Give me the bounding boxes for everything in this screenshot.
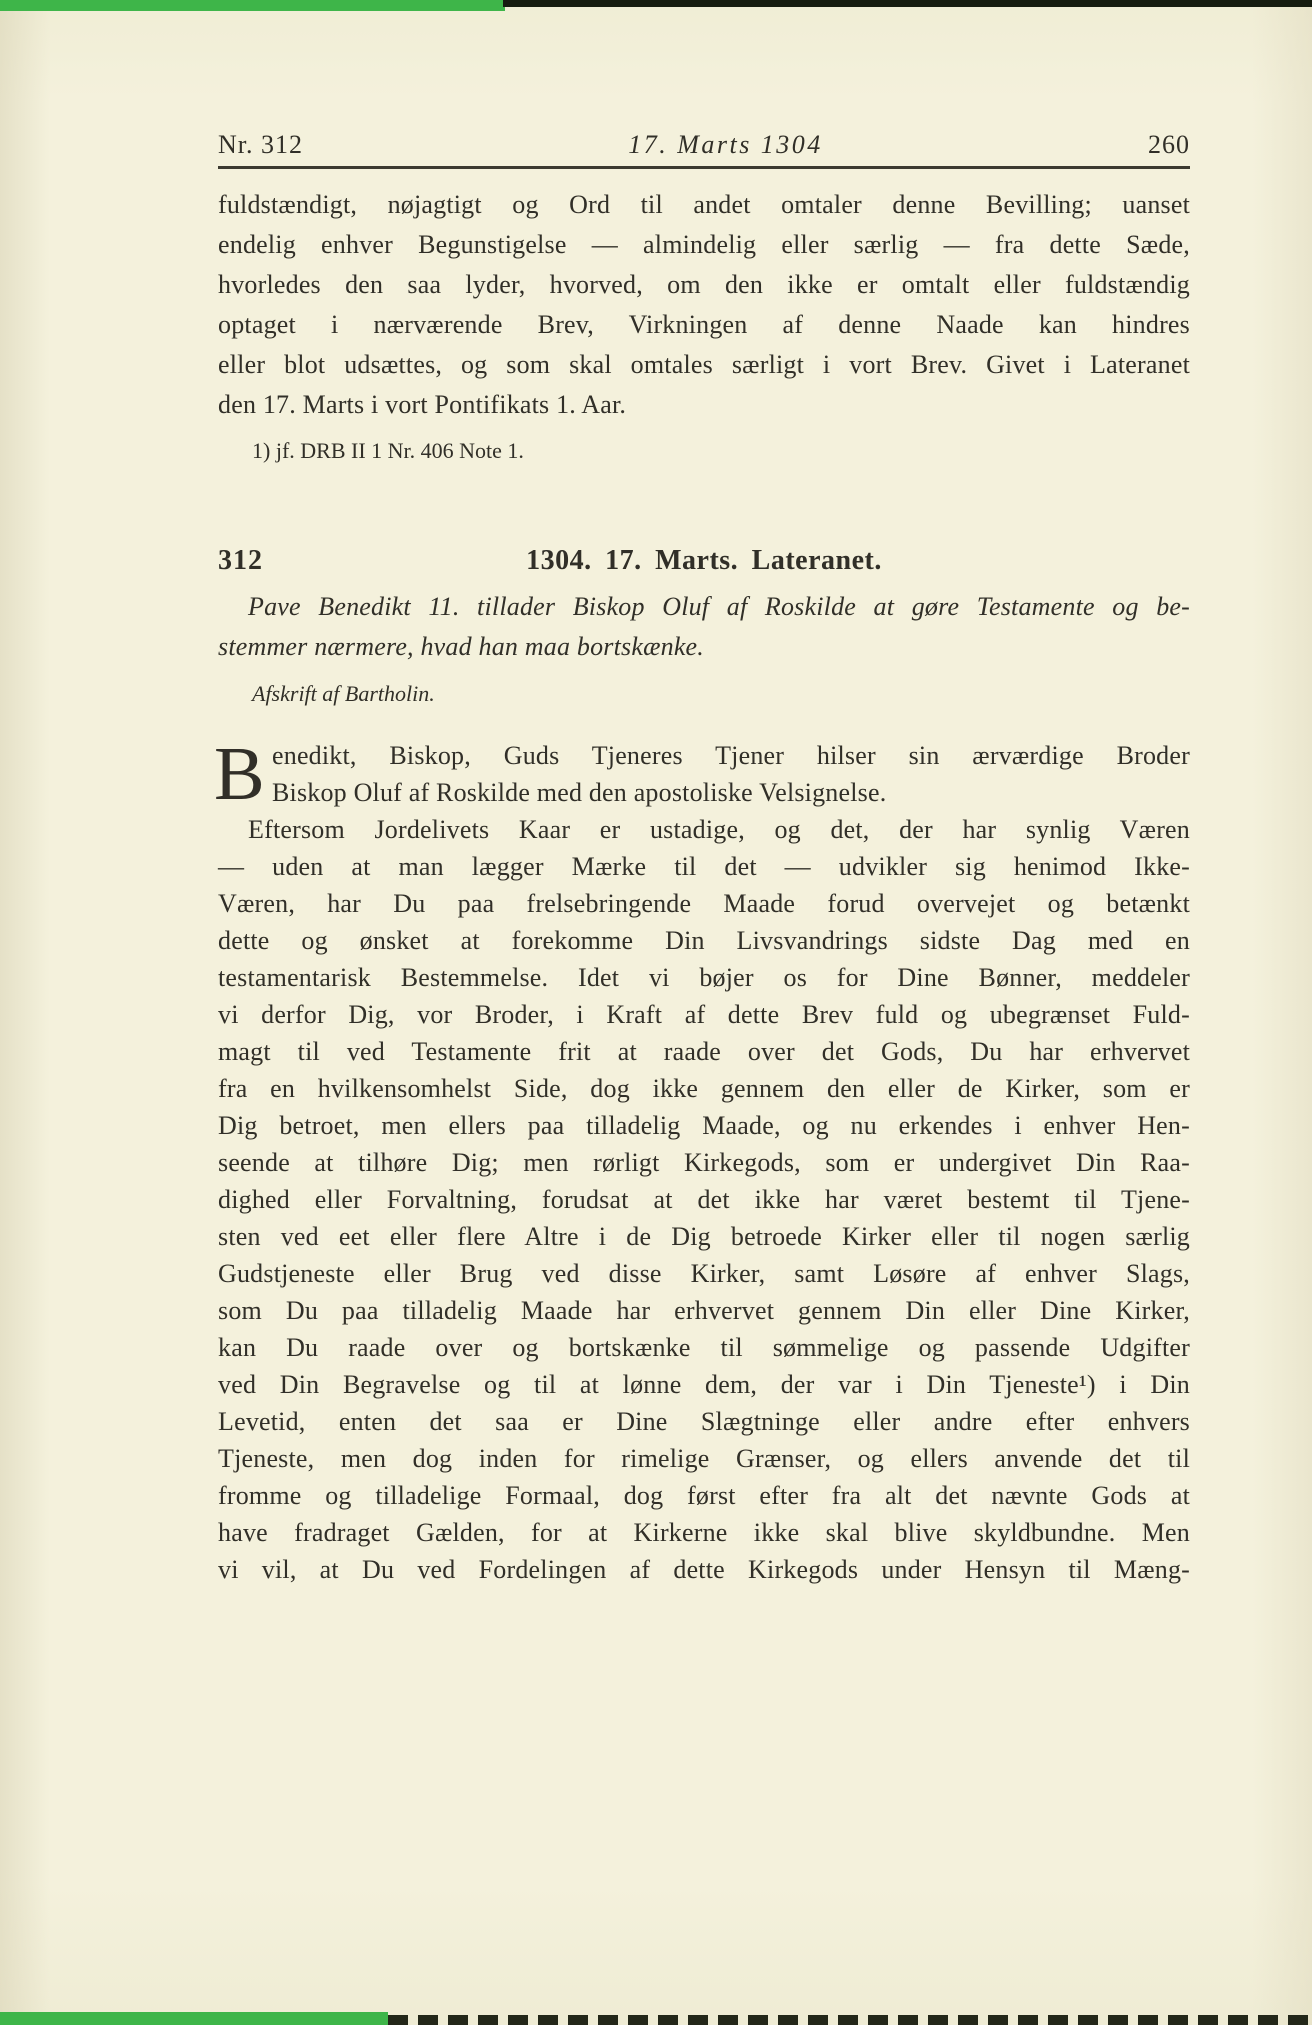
text-line: Levetid, enten det saa er Dine Slægtning… (218, 1403, 1190, 1440)
binding-green-edge-bottom (0, 2012, 388, 2025)
top-scan-edge (0, 0, 1312, 12)
text-line: hvorledes den saa lyder, hvorved, om den… (218, 265, 1190, 305)
text-line: som Du paa tilladelig Maade har erhverve… (218, 1292, 1190, 1329)
text-line: have fradraget Gælden, for at Kirkerne i… (218, 1514, 1190, 1551)
text-line: vi derfor Dig, vor Broder, i Kraft af de… (218, 996, 1190, 1033)
text-line: magt til ved Testamente frit at raade ov… (218, 1033, 1190, 1070)
binding-green-edge-top (0, 0, 505, 11)
text-line: kan Du raade over og bortskænke til sømm… (218, 1329, 1190, 1366)
text-line: dighed eller Forvaltning, forudsat at de… (218, 1181, 1190, 1218)
text-line: optaget i nærværende Brev, Virkningen af… (218, 305, 1190, 345)
text-line: endelig enhver Begunstigelse — almindeli… (218, 225, 1190, 265)
scan-shadow-top (503, 0, 1312, 7)
text-line: fuldstændigt, nøjagtigt og Ord til andet… (218, 185, 1190, 225)
text-line: fromme og tilladelige Formaal, dog først… (218, 1477, 1190, 1514)
text-line: sten ved eet eller flere Altre i de Dig … (218, 1218, 1190, 1255)
text-line: Eftersom Jordelivets Kaar er ustadige, o… (218, 811, 1190, 848)
text-line: seende at tilhøre Dig; men rørligt Kirke… (218, 1144, 1190, 1181)
entry-heading: 312 1304. 17. Marts. Lateranet. (218, 545, 1190, 583)
text-line: testamentarisk Bestemmelse. Idet vi bøje… (218, 959, 1190, 996)
page-number: 260 (1148, 130, 1190, 160)
main-paragraph: Eftersom Jordelivets Kaar er ustadige, o… (218, 811, 1190, 1588)
header-rule (218, 166, 1190, 169)
text-line: Tjeneste, men dog inden for rimelige Græ… (218, 1440, 1190, 1477)
text-line: eller blot udsættes, og som skal omtales… (218, 345, 1190, 385)
footnote: 1) jf. DRB II 1 Nr. 406 Note 1. (252, 437, 1190, 465)
previous-entry-continuation: fuldstændigt, nøjagtigt og Ord til andet… (218, 185, 1190, 425)
text-line: enedikt, Biskop, Guds Tjeneres Tjener hi… (272, 737, 1190, 774)
scanned-book-page: Nr. 312 17. Marts 1304 260 fuldstændigt,… (0, 0, 1312, 2025)
text-line: Dig betroet, men ellers paa tilladelig M… (218, 1107, 1190, 1144)
page-content: Nr. 312 17. Marts 1304 260 fuldstændigt,… (218, 130, 1190, 1588)
source-note: Afskrift af Bartholin. (252, 679, 1190, 709)
page-header: Nr. 312 17. Marts 1304 260 (218, 130, 1190, 166)
running-entry-ref: Nr. 312 (218, 130, 303, 160)
running-date-title: 17. Marts 1304 (628, 130, 823, 160)
text-line: Biskop Oluf af Roskilde med den apostoli… (272, 774, 1190, 811)
text-line: dette og ønsket at forekomme Din Livsvan… (218, 922, 1190, 959)
text-line: vi vil, at Du ved Fordelingen af dette K… (218, 1551, 1190, 1588)
text-line: stemmer nærmere, hvad han maa bortskænke… (218, 627, 1190, 667)
text-line: Gudstjeneste eller Brug ved disse Kirker… (218, 1255, 1190, 1292)
text-line: fra en hvilkensomhelst Side, dog ikke ge… (218, 1070, 1190, 1107)
drop-cap: B (214, 738, 265, 810)
text-line: — uden at man lægger Mærke til det — udv… (218, 848, 1190, 885)
entry-summary: Pave Benedikt 11. tillader Biskop Oluf a… (218, 587, 1190, 667)
entry-date-place: 1304. 17. Marts. Lateranet. (218, 545, 1190, 577)
opening-paragraph: B enedikt, Biskop, Guds Tjeneres Tjener … (218, 737, 1190, 811)
text-line: ved Din Begravelse og til at lønne dem, … (218, 1366, 1190, 1403)
page-edge-dashes-bottom (388, 2015, 1312, 2025)
text-line: den 17. Marts i vort Pontifikats 1. Aar. (218, 385, 1190, 425)
text-line: Væren, har Du paa frelsebringende Maade … (218, 885, 1190, 922)
text-line: Pave Benedikt 11. tillader Biskop Oluf a… (218, 587, 1190, 627)
